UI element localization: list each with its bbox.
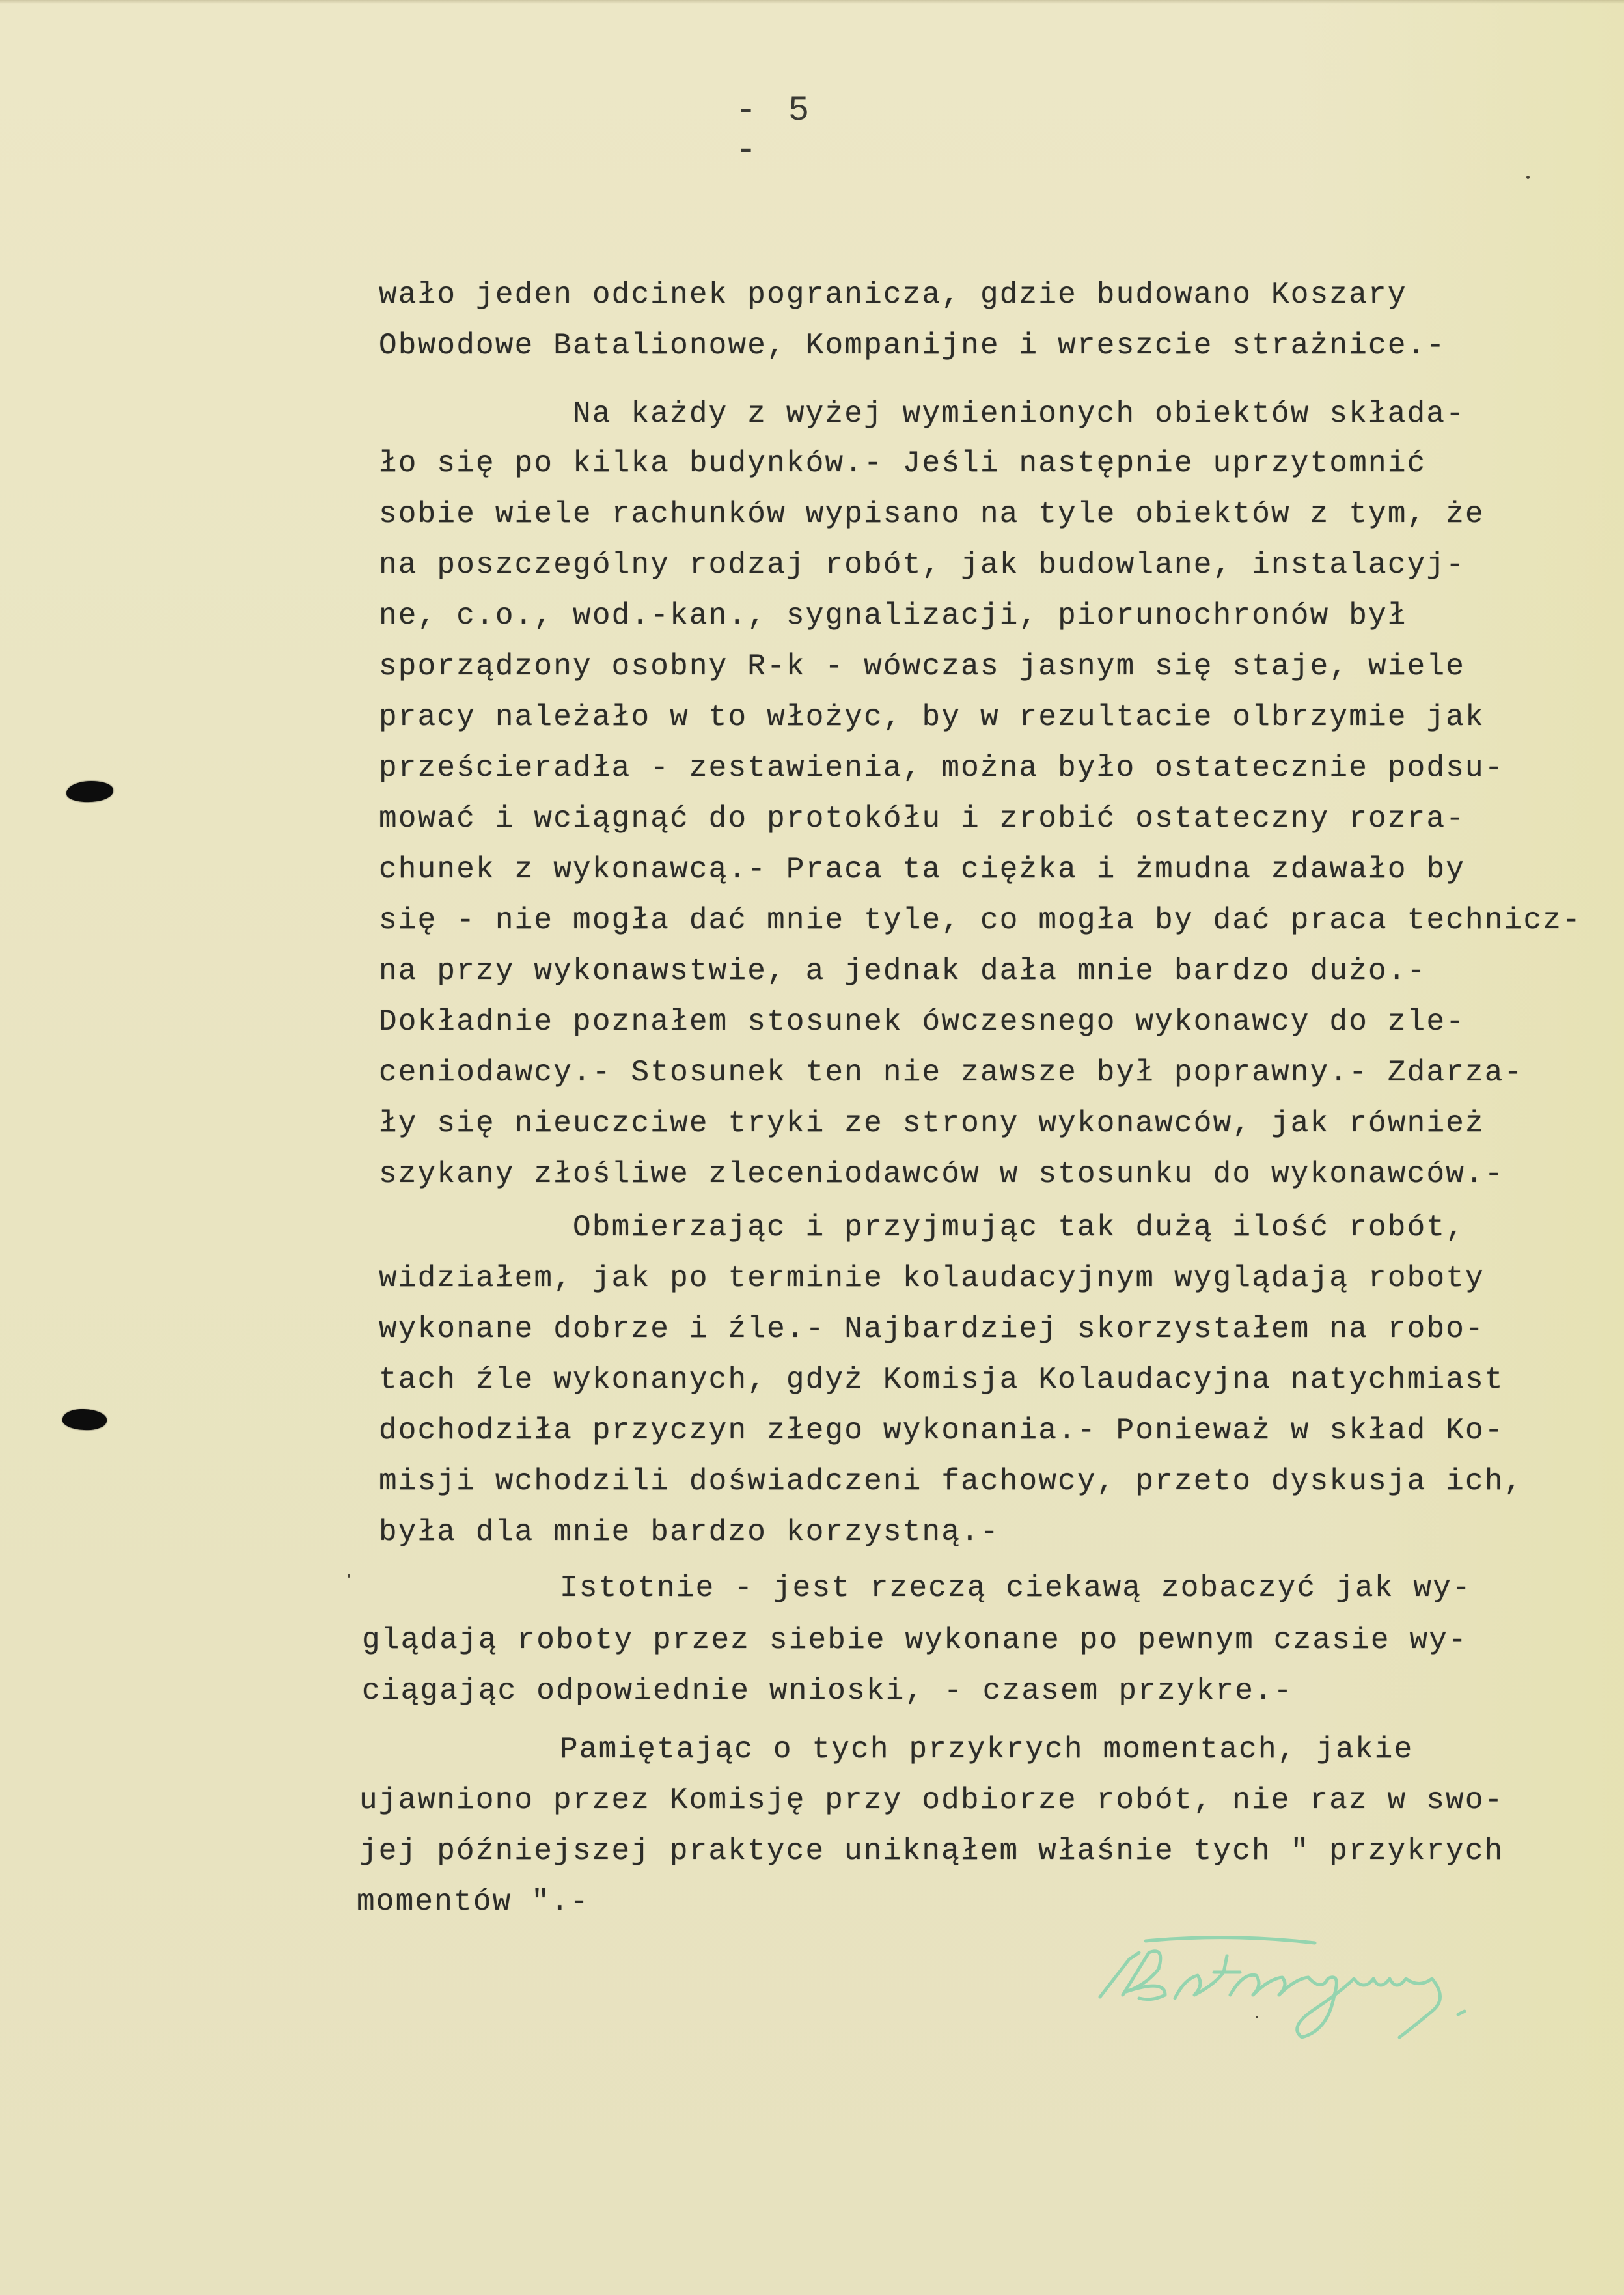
paragraph-first-line: Na każdy z wyżej wymienionych obiektów s…: [573, 396, 1465, 432]
paragraph-first-line: Obmierzając i przyjmując tak dużą ilość …: [573, 1209, 1465, 1246]
text-line: wykonane dobrze i źle.- Najbardziej skor…: [379, 1311, 1485, 1347]
text-line: ły się nieuczciwe tryki ze strony wykona…: [379, 1105, 1485, 1142]
punch-hole: [62, 1409, 107, 1431]
text-line: była dla mnie bardzo korzystną.-: [379, 1514, 1000, 1550]
page-top-edge: [0, 0, 1624, 4]
text-line: szykany złośliwe zleceniodawców w stosun…: [379, 1156, 1504, 1192]
signature-icon: [1067, 1907, 1484, 2050]
text-line: misji wchodzili doświadczeni fachowcy, p…: [379, 1463, 1523, 1500]
text-line: ceniodawcy.- Stosunek ten nie zawsze był…: [379, 1054, 1523, 1091]
paragraph-first-line: Pamiętając o tych przykrych momentach, j…: [560, 1731, 1413, 1768]
text-line: wało jeden odcinek pogranicza, gdzie bud…: [379, 277, 1407, 313]
text-line: Obwodowe Batalionowe, Kompanijne i wresz…: [379, 327, 1446, 364]
paper-speck: [348, 1574, 350, 1578]
text-line: sobie wiele rachunków wypisano na tyle o…: [379, 496, 1485, 532]
text-line: Dokładnie poznałem stosunek ówczesnego w…: [379, 1004, 1465, 1040]
paper-speck: [1526, 176, 1530, 179]
text-line: jej późniejszej praktyce uniknąłem właśn…: [359, 1833, 1504, 1869]
text-line: pracy należało w to włożyc, by w rezulta…: [379, 699, 1485, 735]
document-page: - 5 - wało jeden odcinek pogranicza, gdz…: [0, 0, 1624, 2295]
text-line: glądają roboty przez siebie wykonane po …: [362, 1622, 1468, 1658]
text-line: ne, c.o., wod.-kan., sygnalizacji, pioru…: [379, 598, 1407, 634]
text-line: sporządzony osobny R-k - wówczas jasnym …: [379, 648, 1465, 685]
text-line: chunek z wykonawcą.- Praca ta ciężka i ż…: [379, 851, 1465, 888]
text-line: dochodziła przyczyn złego wykonania.- Po…: [379, 1412, 1504, 1449]
text-line: na poszczególny rodzaj robót, jak budowl…: [379, 547, 1465, 583]
text-line: na przy wykonawstwie, a jednak dała mnie…: [379, 953, 1426, 989]
paragraph-first-line: Istotnie - jest rzeczą ciekawą zobaczyć …: [560, 1570, 1472, 1606]
text-line: ło się po kilka budynków.- Jeśli następn…: [379, 445, 1426, 482]
text-line: prześcieradła - zestawienia, można było …: [379, 750, 1504, 786]
punch-hole: [66, 780, 114, 803]
text-line: mować i wciągnąć do protokółu i zrobić o…: [379, 801, 1465, 837]
page-number: - 5 -: [736, 91, 866, 171]
text-line: się - nie mogła dać mnie tyle, co mogła …: [379, 902, 1582, 939]
text-line: momentów ".-: [357, 1884, 590, 1920]
text-line: ujawniono przez Komisję przy odbiorze ro…: [359, 1782, 1504, 1819]
text-line: tach źle wykonanych, gdyż Komisja Kolaud…: [379, 1362, 1504, 1398]
text-line: ciągając odpowiednie wnioski, - czasem p…: [362, 1673, 1293, 1709]
text-line: widziałem, jak po terminie kolaudacyjnym…: [379, 1260, 1485, 1297]
